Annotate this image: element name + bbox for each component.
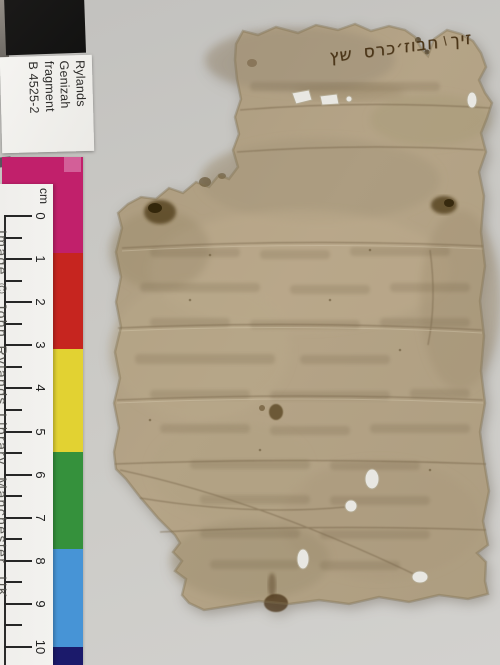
ruler-number: 1 (33, 249, 49, 269)
ruler-number: 7 (33, 508, 49, 528)
ruler-major-tick (4, 646, 32, 648)
ruler-number: 9 (33, 594, 49, 614)
ruler-number: 0 (33, 206, 49, 226)
label-line: Genizah (56, 60, 74, 146)
ruler-number: 2 (33, 292, 49, 312)
fragment-id-label-text: Rylands Genizah fragment B 4525-2 (23, 60, 89, 148)
ruler-number: 5 (33, 422, 49, 442)
black-calibration-patch (4, 0, 86, 55)
ruler-number: 4 (33, 378, 49, 398)
ruler-number: 8 (33, 551, 49, 571)
ruler-number: 3 (33, 335, 49, 355)
ruler-major-tick (4, 603, 32, 605)
ruler-half-tick (4, 624, 22, 626)
label-line: fragment (40, 61, 58, 147)
ruler-unit-label: cm (37, 185, 51, 207)
ruler-number: 6 (33, 465, 49, 485)
label-line: B 4525-2 (25, 61, 43, 147)
ruler-major-tick (4, 215, 32, 217)
copyright-watermark: Image © John Rylands Library, Manchester… (0, 230, 10, 598)
digitized-manuscript-photo: זיך חבוז׳כרס שץ ן Rylands Genizah fragme… (0, 0, 500, 665)
fragment-drawing (100, 8, 500, 632)
fragment-id-label: Rylands Genizah fragment B 4525-2 (0, 55, 94, 153)
ruler-number: 10 (33, 637, 49, 657)
manuscript-fragment (100, 8, 500, 632)
label-line: Rylands (71, 60, 89, 146)
color-patch-highlight (64, 157, 81, 172)
